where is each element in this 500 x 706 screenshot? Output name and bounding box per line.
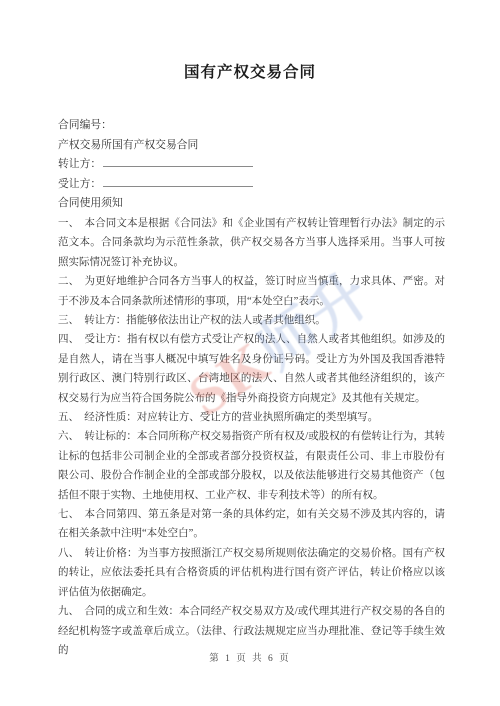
notice-paragraph-1: 一、 本合同文本是根据《合同法》和《企业国有产权转让管理暂行办法》制定的示范文本… bbox=[58, 214, 445, 272]
notice-paragraph-7: 七、 本合同第四、第五条是对第一条的具体约定，如有关交易不涉及其内容的，请在相关… bbox=[58, 505, 445, 544]
transferor-label: 转让方： bbox=[58, 158, 101, 170]
notice-paragraph-3: 三、 转让方：指能够依法出让产权的法人或者其他组织。 bbox=[58, 311, 445, 330]
page-number-footer: 第 1 页 共 6 页 bbox=[0, 650, 500, 664]
transferor-row: 转让方： bbox=[58, 155, 445, 175]
contract-subtitle: 产权交易所国有产权交易合同 bbox=[58, 136, 445, 156]
contract-number-row: 合同编号： bbox=[58, 116, 445, 136]
transferee-blank-line bbox=[103, 176, 253, 187]
notice-paragraph-8: 八、 转让价格：为当事方按照浙江产权交易所规则依法确定的交易价格。国有产权的转让… bbox=[58, 544, 445, 602]
notice-paragraph-5: 五、 经济性质：对应转让方、受让方的营业执照所确定的类型填写。 bbox=[58, 408, 445, 427]
transferor-blank-line bbox=[103, 156, 253, 167]
contract-title: 国有产权交易合同 bbox=[0, 60, 500, 82]
notice-heading: 合同使用须知 bbox=[58, 194, 445, 214]
document-page: SK师升 国有产权交易合同 合同编号： 产权交易所国有产权交易合同 转让方： 受… bbox=[0, 0, 500, 706]
contract-header: 合同编号： 产权交易所国有产权交易合同 转让方： 受让方： 合同使用须知 bbox=[58, 116, 445, 214]
transferee-row: 受让方： bbox=[58, 175, 445, 195]
notice-paragraph-4: 四、 受让方：指有权以有偿方式受让产权的法人、自然人或者其他组织。如涉及的是自然… bbox=[58, 330, 445, 408]
notice-paragraph-2: 二、 为更好地维护合同各方当事人的权益，签订时应当慎重，力求具体、严密。对于不涉… bbox=[58, 272, 445, 311]
contract-number-label: 合同编号： bbox=[58, 119, 112, 131]
notice-paragraph-6: 六、 转让标的：本合同所称产权交易指资产所有权及/或股权的有偿转让行为，其转让标… bbox=[58, 427, 445, 505]
notice-paragraphs: 一、 本合同文本是根据《合同法》和《企业国有产权转让管理暂行办法》制定的示范文本… bbox=[58, 214, 445, 660]
transferee-label: 受让方： bbox=[58, 178, 101, 190]
